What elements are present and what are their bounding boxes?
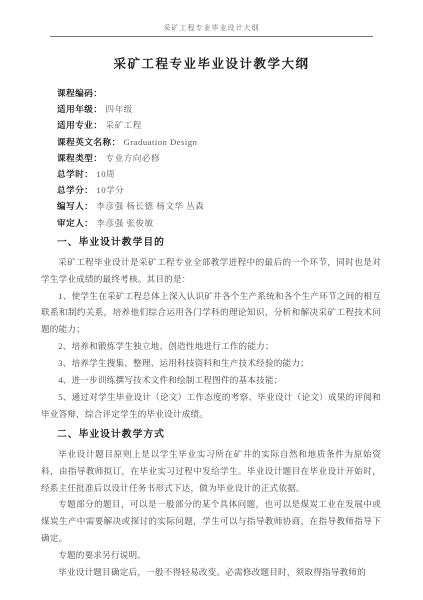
meta-row-english-name: 课程英文名称：Graduation Design: [57, 134, 383, 150]
paragraph: 3、培养学生搜集、整理、运用科技资料和生产技术经验的能力；: [41, 355, 381, 372]
meta-label: 总学分：: [57, 185, 93, 195]
meta-row-course-type: 课程类型：专业方向必修: [57, 150, 383, 166]
meta-value: 采矿工程: [105, 120, 141, 130]
meta-label: 适用专业：: [57, 120, 102, 130]
meta-label: 适用年级：: [57, 104, 102, 114]
section-heading-1: 一、毕业设计教学目的: [57, 235, 381, 252]
meta-value: 李彦强 杨长德 杨文华 丛森: [96, 201, 204, 211]
paragraph: 毕业设计题目原则上是以学生毕业实习所在矿井的实际自然和地质条件为原始资料，由指导…: [41, 446, 381, 497]
header-divider: [50, 36, 373, 37]
paragraph: 5、通过对学生毕业设计（论文）工作态度的考察、毕业设计（论文）成果的评阅和毕业答…: [41, 389, 381, 423]
running-header: 采矿工程专业毕业设计大纲: [0, 0, 423, 33]
meta-row-reviewers: 审定人：李彦强 张俊敏: [57, 215, 383, 231]
meta-row-course-code: 课程编码：: [57, 85, 383, 101]
page-title: 采矿工程专业毕业设计教学大纲: [0, 54, 423, 72]
meta-value: 李彦强 张俊敏: [96, 218, 153, 228]
paragraph: 4、进一步训练撰写技术文件和绘制工程图件的基本技能；: [41, 372, 381, 389]
meta-label: 总学时：: [57, 169, 93, 179]
meta-value: 10学分: [96, 185, 124, 195]
meta-row-grade: 适用年级：四年级: [57, 101, 383, 117]
document-page: 采矿工程专业毕业设计大纲 采矿工程专业毕业设计教学大纲 课程编码： 适用年级：四…: [0, 0, 423, 600]
meta-value: 专业方向必修: [105, 153, 160, 163]
section-heading-2: 二、毕业设计教学方式: [57, 427, 381, 444]
meta-label: 编写人：: [57, 201, 93, 211]
paragraph: 专题的要求另行说明。: [41, 547, 381, 564]
meta-label: 课程类型：: [57, 153, 102, 163]
meta-label: 课程编码：: [57, 88, 102, 98]
meta-row-total-credits: 总学分：10学分: [57, 182, 383, 198]
paragraph: 毕业设计题目确定后，一般不得轻易改变。必需修改题目时，须取得指导教师的: [41, 564, 381, 581]
paragraph: 1、使学生在采矿工程总体上深入认识矿井各个生产系统和各个生产环节之间的相互联系和…: [41, 288, 381, 339]
meta-row-total-hours: 总学时：10周: [57, 166, 383, 182]
paragraph: 采矿工程毕业设计是采矿工程专业全部教学进程中的最后的一个环节，同时也是对学生学业…: [41, 254, 381, 288]
paragraph: 2、培养和锻炼学生独立地、创造性地进行工作的能力；: [41, 338, 381, 355]
meta-row-major: 适用专业：采矿工程: [57, 117, 383, 133]
document-body: 一、毕业设计教学目的 采矿工程毕业设计是采矿工程专业全部教学进程中的最后的一个环…: [41, 235, 381, 581]
meta-label: 审定人：: [57, 218, 93, 228]
meta-value: 四年级: [105, 104, 132, 114]
meta-value: 10周: [96, 169, 115, 179]
meta-label: 课程英文名称：: [57, 137, 121, 147]
paragraph: 专题部分的题目，可以是一般部分的某个具体问题，也可以是煤炭工业在发展中或煤炭生产…: [41, 496, 381, 547]
course-meta: 课程编码： 适用年级：四年级 适用专业：采矿工程 课程英文名称：Graduati…: [57, 85, 383, 231]
meta-row-authors: 编写人：李彦强 杨长德 杨文华 丛森: [57, 198, 383, 214]
meta-value: Graduation Design: [124, 137, 198, 147]
